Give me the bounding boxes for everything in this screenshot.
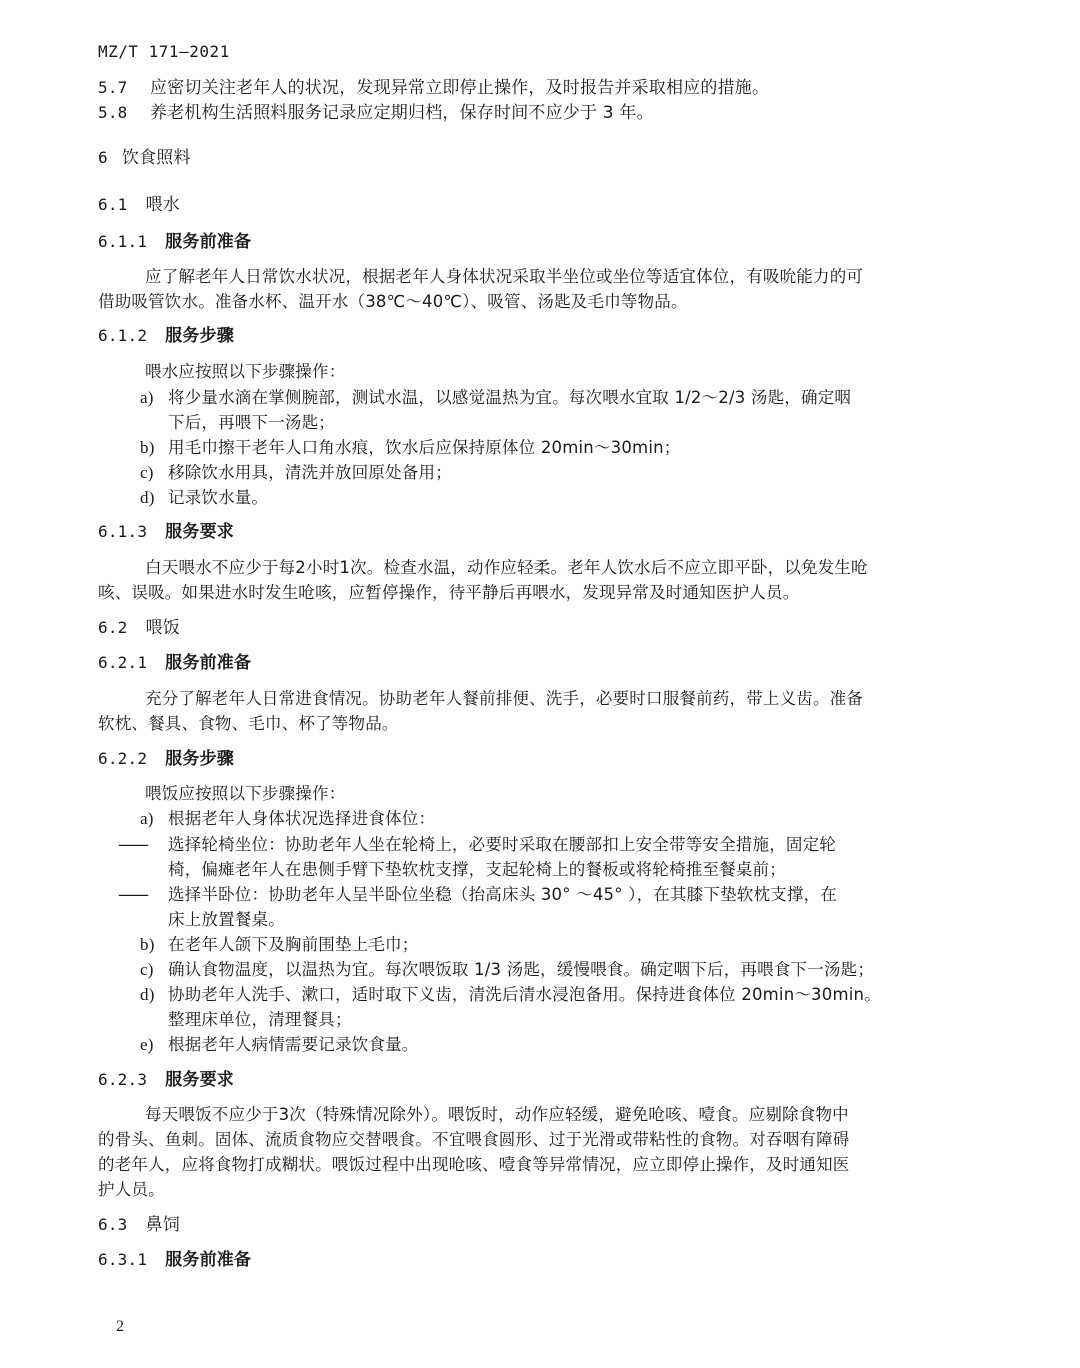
list-item-e: e)根据老年人病情需要记录饮食量。: [140, 1033, 419, 1057]
section-title: 服务要求: [165, 522, 234, 542]
section-heading-6-1-1: 6.1.1服务前准备: [98, 230, 251, 254]
section-number: 6.1.1: [98, 230, 147, 254]
clause-number: 5.7: [98, 76, 150, 100]
paragraph-line: 充分了解老年人日常进食情况。协助老年人餐前排便、洗手，必要时口服餐前药，带上义齿…: [145, 687, 863, 711]
list-item-b: b)用毛巾擦干老年人口角水痕，饮水后应保持原体位 20min～30min；: [140, 436, 680, 460]
paragraph-line: 咳、误吸。如果进水时发生呛咳，应暂停操作，待平静后再喂水，发现异常及时通知医护人…: [98, 581, 799, 605]
clause-text: 养老机构生活照料服务记录应定期归档，保存时间不应少于 3 年。: [150, 103, 654, 123]
dash-marker: ——: [118, 833, 168, 857]
list-text: 根据老年人病情需要记录饮食量。: [168, 1035, 419, 1054]
paragraph-line: 借助吸管饮水。准备水杯、温开水（38℃～40℃）、吸管、汤匙及毛巾等物品。: [98, 290, 688, 314]
list-item-b: b)在老年人颌下及胸前围垫上毛巾；: [140, 933, 419, 957]
section-title: 服务步骤: [165, 749, 234, 769]
section-number: 6.3.1: [98, 1248, 147, 1272]
list-text: 记录饮水量。: [168, 488, 268, 507]
dash-item-wheelchair-cont: 椅，偏瘫老年人在患侧手臂下垫软枕支撑，支起轮椅上的餐板或将轮椅推至餐桌前；: [168, 858, 786, 882]
list-item-d-cont: 整理床单位，清理餐具；: [168, 1008, 352, 1032]
section-number: 6.1.3: [98, 520, 147, 544]
list-text: 协助老年人洗手、漱口，适时取下义齿，清洗后清水浸泡备用。保持进食体位 20min…: [168, 985, 881, 1004]
section-number: 6: [98, 146, 108, 170]
section-heading-6: 6饮食照料: [98, 146, 191, 170]
section-title: 服务前准备: [165, 653, 251, 673]
list-marker: a): [140, 386, 168, 410]
section-title: 服务步骤: [165, 326, 234, 346]
list-marker: c): [140, 958, 168, 982]
dash-text: 选择半卧位：协助老年人呈半卧位坐稳（抬高床头 30° ～45° ），在其膝下垫软…: [168, 885, 837, 904]
section-number: 6.2.1: [98, 651, 147, 675]
section-title: 服务前准备: [165, 232, 251, 252]
paragraph-line: 的老年人，应将食物打成糊状。喂饭过程中出现呛咳、噎食等异常情况，应立即停止操作，…: [98, 1153, 850, 1177]
section-title: 喂水: [146, 195, 180, 215]
clause-5-8: 5.8养老机构生活照料服务记录应定期归档，保存时间不应少于 3 年。: [98, 101, 654, 125]
list-marker: d): [140, 983, 168, 1007]
section-title: 鼻饲: [146, 1215, 180, 1235]
section-title: 服务前准备: [165, 1250, 251, 1270]
section-number: 6.1: [98, 193, 128, 217]
steps-intro: 喂饭应按照以下步骤操作：: [145, 782, 345, 806]
list-item-d: d)记录饮水量。: [140, 486, 268, 510]
list-text: 将少量水滴在掌侧腕部，测试水温，以感觉温热为宜。每次喂水宜取 1/2～2/3 汤…: [168, 388, 851, 407]
section-heading-6-2-3: 6.2.3服务要求: [98, 1068, 234, 1092]
list-text: 移除饮水用具，清洗并放回原处备用；: [168, 463, 452, 482]
section-number: 6.2: [98, 616, 128, 640]
paragraph-line: 每天喂饭不应少于3次（特殊情况除外）。喂饭时，动作应轻缓，避免呛咳、噎食。应剔除…: [145, 1103, 849, 1127]
dash-item-semi-reclining: ——选择半卧位：协助老年人呈半卧位坐稳（抬高床头 30° ～45° ），在其膝下…: [118, 883, 837, 907]
list-item-c: c)确认食物温度，以温热为宜。每次喂饭取 1/3 汤匙，缓慢喂食。确定咽下后，再…: [140, 958, 874, 982]
list-item-d: d)协助老年人洗手、漱口，适时取下义齿，清洗后清水浸泡备用。保持进食体位 20m…: [140, 983, 881, 1007]
paragraph-line: 软枕、餐具、食物、毛巾、杯了等物品。: [98, 712, 399, 736]
section-heading-6-3-1: 6.3.1服务前准备: [98, 1248, 251, 1272]
clause-number: 5.8: [98, 101, 150, 125]
paragraph-line: 应了解老年人日常饮水状况，根据老年人身体状况采取半坐位或坐位等适宜体位，有吸吮能…: [145, 265, 863, 289]
list-marker: b): [140, 933, 168, 957]
section-title: 饮食照料: [122, 148, 191, 168]
page-number: 2: [116, 1318, 124, 1336]
list-item-a: a)将少量水滴在掌侧腕部，测试水温，以感觉温热为宜。每次喂水宜取 1/2～2/3…: [140, 386, 851, 410]
list-marker: b): [140, 436, 168, 460]
section-heading-6-2-2: 6.2.2服务步骤: [98, 747, 234, 771]
section-number: 6.2.3: [98, 1068, 147, 1092]
list-text: 在老年人颌下及胸前围垫上毛巾；: [168, 935, 419, 954]
section-number: 6.3: [98, 1213, 128, 1237]
list-marker: a): [140, 807, 168, 831]
section-heading-6-2: 6.2喂饭: [98, 616, 180, 640]
section-heading-6-1-2: 6.1.2服务步骤: [98, 324, 234, 348]
section-heading-6-2-1: 6.2.1服务前准备: [98, 651, 251, 675]
paragraph-line: 的骨头、鱼刺。固体、流质食物应交替喂食。不宜喂食圆形、过于光滑或带粘性的食物。对…: [98, 1128, 850, 1152]
section-title: 喂饭: [146, 618, 180, 638]
section-number: 6.1.2: [98, 324, 147, 348]
list-item-a: a)根据老年人身体状况选择进食体位：: [140, 807, 435, 831]
section-heading-6-1-3: 6.1.3服务要求: [98, 520, 234, 544]
dash-item-semi-reclining-cont: 床上放置餐桌。: [168, 908, 285, 932]
list-marker: e): [140, 1033, 168, 1057]
list-item-c: c)移除饮水用具，清洗并放回原处备用；: [140, 461, 452, 485]
list-item-a-cont: 下后，再喂下一汤匙；: [168, 411, 335, 435]
section-number: 6.2.2: [98, 747, 147, 771]
standard-code-header: MZ/T 171—2021: [98, 40, 230, 64]
steps-intro: 喂水应按照以下步骤操作：: [145, 360, 345, 384]
list-marker: d): [140, 486, 168, 510]
list-text: 用毛巾擦干老年人口角水痕，饮水后应保持原体位 20min～30min；: [168, 438, 680, 457]
paragraph-line: 白天喂水不应少于每2小时1次。检查水温，动作应轻柔。老年人饮水后不应立即平卧，以…: [145, 556, 868, 580]
section-heading-6-1: 6.1喂水: [98, 193, 180, 217]
section-title: 服务要求: [165, 1070, 234, 1090]
document-page: MZ/T 171—2021 5.7应密切关注老年人的状况，发现异常立即停止操作，…: [0, 0, 1080, 1368]
clause-5-7: 5.7应密切关注老年人的状况，发现异常立即停止操作，及时报告并采取相应的措施。: [98, 76, 769, 100]
clause-text: 应密切关注老年人的状况，发现异常立即停止操作，及时报告并采取相应的措施。: [150, 78, 769, 98]
section-heading-6-3: 6.3鼻饲: [98, 1213, 180, 1237]
list-text: 确认食物温度，以温热为宜。每次喂饭取 1/3 汤匙，缓慢喂食。确定咽下后，再喂食…: [168, 960, 874, 979]
dash-item-wheelchair: ——选择轮椅坐位：协助老年人坐在轮椅上，必要时采取在腰部扣上安全带等安全措施，固…: [118, 833, 836, 857]
list-text: 根据老年人身体状况选择进食体位：: [168, 809, 435, 828]
dash-marker: ——: [118, 883, 168, 907]
paragraph-line: 护人员。: [98, 1178, 165, 1202]
dash-text: 选择轮椅坐位：协助老年人坐在轮椅上，必要时采取在腰部扣上安全带等安全措施，固定轮: [168, 835, 836, 854]
list-marker: c): [140, 461, 168, 485]
